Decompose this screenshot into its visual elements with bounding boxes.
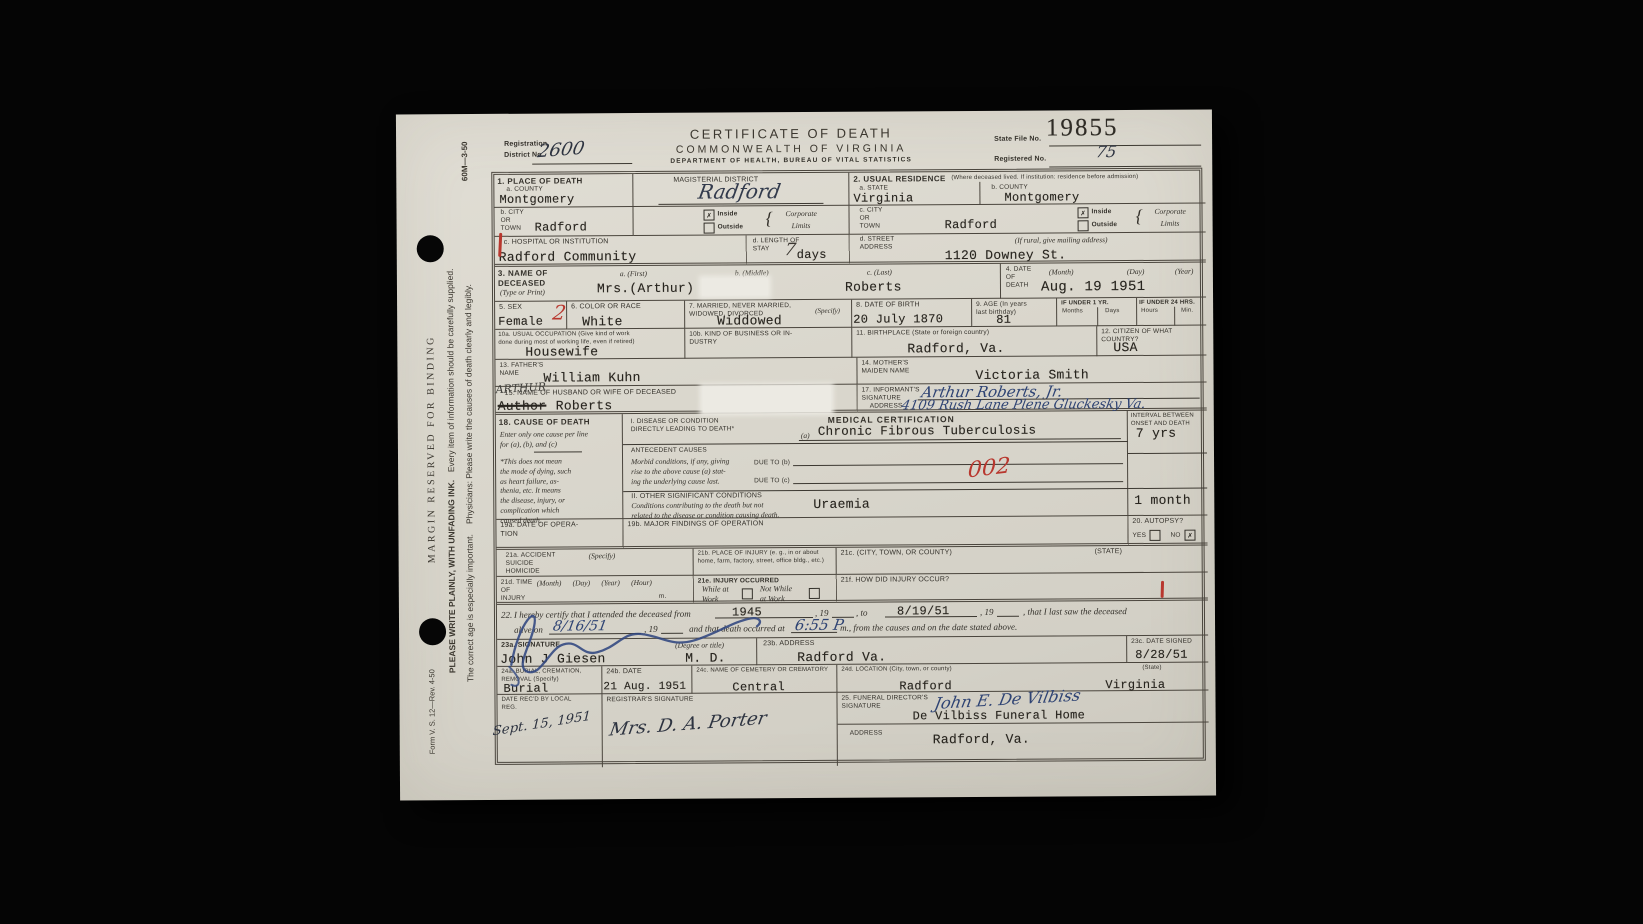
middle-name-label: b. (Middle) [735,268,769,278]
date-signed-value: 8/28/51 [1135,648,1188,662]
date-signed-label: 23c. DATE SIGNED [1131,638,1192,646]
certify-19-3: , 19 [644,624,658,636]
date-of-birth-value: 20 July 1870 [853,312,943,327]
med-subrow-divider-1 [623,441,1128,445]
field-9-age: 9. AGE (In years last birthday) 81 [972,298,1057,327]
field-24b-date: 24b. DATE 21 Aug. 1951 [602,666,692,695]
sex-label: 5. SEX [499,304,522,313]
punch-hole-top [417,235,444,262]
certify-19-2: , 19 [980,607,994,619]
field-1b-city: b. CITY OR TOWN Radford [494,207,633,237]
last-seen-underline [549,633,641,635]
field-1d-length-of-stay: d. LENGTH OF STAY 7 days [747,235,850,266]
color-race-label: 6. COLOR OR RACE [571,303,641,312]
residence-inside-label: Inside [1091,208,1111,216]
location-label: 24d. LOCATION (City, town, or county) [841,666,952,674]
spouse-struck-name: Author [498,399,547,414]
age-value: 81 [996,313,1011,327]
state-file-underline [1049,145,1201,147]
under-24hrs-label: IF UNDER 24 HRS. [1139,300,1195,308]
while-at-work-label: While at Work [702,584,729,605]
first-name-label: a. (First) [620,269,647,279]
field-18-cause-of-death: 18. CAUSE OF DEATH Enter only one cause … [496,414,624,520]
accident-label: 21a. ACCIDENT SUICIDE HOMICIDE [506,552,556,577]
accident-specify-note: (Specify) [589,551,616,561]
length-of-stay-unit: days [797,248,827,262]
due-to-b-underline [793,463,1123,466]
field-19b-findings: 19b. MAJOR FINDINGS OF OPERATION [623,516,1128,549]
hours-min-divider [1174,307,1175,326]
certify-text-6: m., from the causes and on the date stat… [840,622,1017,635]
physicians-notice: The correct age is especially important.… [462,206,475,760]
cause-a-value: Chronic Fibrous Tuberculosis [818,424,1037,439]
screenshot-root: { "margin": { "print_code": "60M—3-50", … [0,0,1643,924]
certify-text-3: , that I last saw the deceased [1023,606,1127,618]
certify-text-5: and that death occurred at [689,623,785,635]
time-of-injury-label: 21d. TIME OF INJURY [501,579,533,604]
physician-address-value: Radford Va. [797,650,886,666]
field-21e-injury-occurred: 21e. INJURY OCCURRED While at Work Not W… [694,575,837,604]
corporate-label: Corporate [785,209,816,219]
street-note: (If rural, give mailing address) [1015,235,1108,245]
red-tick-mark-injury [1161,581,1164,598]
cemetery-label: 24c. NAME OF CEMETERY OR CREMATORY [696,667,828,675]
field-medical-certification: MEDICAL CERTIFICATION I. DISEASE OR COND… [623,411,1129,519]
degree-label: (Degree or title) [675,641,724,651]
field-10b-business: 10b. KIND OF BUSINESS OR IN- DUSTRY [685,328,852,359]
other-significant-value: Uraemia [813,497,870,512]
correct-age-note: The correct age is especially important. [464,534,475,682]
magisterial-underline [658,203,823,205]
field-2d-street: d. STREET ADDRESS (If rural, give mailin… [850,233,1206,265]
redaction-patch [702,278,768,295]
med-subrow-divider-2 [623,488,1128,492]
type-or-print-note: (Type or Print) [500,288,545,298]
commonwealth-subtitle: COMMONWEALTH OF VIRGINIA [626,142,956,157]
field-6-color-race: 6. COLOR OR RACE White [567,301,685,330]
field-interval: INTERVAL BETWEEN ONSET AND DEATH 7 yrs 1… [1128,411,1208,516]
marital-value: Widdowed [717,313,782,328]
father-label: 13. FATHER'S NAME [499,362,543,379]
field-magisterial-district: MAGISTERIAL DISTRICT Radford [633,173,849,207]
physician-signature-label: 23a. SIGNATURE [501,642,560,651]
burial-date-value: 21 Aug. 1951 [603,681,686,694]
field-23c-date-signed: 23c. DATE SIGNED 8/28/51 [1127,636,1208,663]
binding-notice: MARGIN RESERVED FOR BINDING [425,319,438,579]
last-seen-alive-value: 8/16/51 [552,618,609,634]
field-8-date-of-birth: 8. DATE OF BIRTH 20 July 1870 [852,299,972,328]
mother-value: Victoria Smith [975,367,1089,383]
birthplace-label: 11. BIRTHPLACE (State or foreign country… [856,329,989,338]
field-4-date-of-death: 4. DATE OF DEATH (Month) (Day) (Year) Au… [1001,263,1206,299]
field-7-marital-status: 7. MARRIED, NEVER MARRIED, WIDOWED, DIVO… [685,300,852,329]
interval-divider-1 [1128,453,1207,454]
residence-outside-label: Outside [1092,221,1118,229]
residence-brace-glyph: { [1135,205,1142,228]
field-12-citizen: 12. CITIZEN OF WHAT COUNTRY? USA [1097,326,1206,357]
residence-outside-checkbox [1078,220,1089,231]
disease-condition-label: I. DISEASE OR CONDITION DIRECTLY LEADING… [631,417,735,434]
under-1yr-label: IF UNDER 1 YR. [1061,300,1109,308]
name-of-deceased-title: 3. NAME OF DECEASED [498,269,548,289]
street-label: d. STREET ADDRESS [860,235,895,251]
not-while-at-work-checkbox [809,588,820,599]
cause-note-divider [534,451,582,452]
day-label: (Day) [1127,267,1145,277]
color-race-value: White [582,314,623,329]
certify-19-3-line [661,633,683,634]
occupation-value: Housewife [525,344,598,359]
residence-corporate-label: Corporate [1154,207,1185,217]
certify-19-2-line [997,616,1019,617]
antecedent-causes-label: ANTECEDENT CAUSES [631,447,707,456]
city-label: b. CITY OR TOWN [500,209,524,234]
registrar-value: Mrs. D. A. Porter [608,708,769,741]
month-label: (Month) [1049,267,1074,277]
form-number: Form V. S. 12—Rev. 4-50 [427,659,437,764]
state-file-label: State File No. [994,136,1041,145]
usual-residence-note: (Where deceased lived. If institution: r… [951,174,1201,183]
field-15-spouse: 15. NAME OF HUSBAND OR WIFE OF DECEASED … [496,385,858,415]
state-file-number: 19855 [1046,114,1119,142]
redaction-patch-2 [703,386,831,413]
outside-checkbox [704,223,715,234]
field-21a-accident: 21a. ACCIDENT SUICIDE HOMICIDE (Specify) [497,549,694,577]
limits-label: Limits [792,221,811,231]
physician-signature-typed: John J Giesen [500,651,605,667]
months-label: Months [1062,308,1083,316]
min-label: Min. [1181,308,1193,316]
date-of-death-value: Aug. 19 1951 [1041,279,1146,296]
days-label: Days [1105,308,1120,316]
mother-label: 14. MOTHER'S MAIDEN NAME [861,359,909,376]
place-of-injury-label: 21b. PLACE OF INJURY (e. g., in or about… [698,550,825,566]
year-label: (Year) [1175,267,1194,277]
brace-glyph: { [765,207,772,230]
last-name-value: Roberts [845,279,902,294]
certificate-title: CERTIFICATE OF DEATH [626,125,956,143]
due-to-c-label: DUE TO (c) [754,477,790,485]
autopsy-no-label: NO [1170,532,1180,540]
certificate-form: 1. PLACE OF DEATH a. COUNTY Montgomery M… [491,168,1206,765]
birthplace-value: Radford, Va. [907,341,1004,357]
cause-note-1: Enter only one cause per line for (a), (… [500,429,588,449]
registrar-label: REGISTRAR'S SIGNATURE [606,696,693,705]
degree-value: M. D. [685,650,726,665]
field-9-under-24hrs: IF UNDER 24 HRS. Hours Min. [1137,298,1206,326]
last-name-label: c. (Last) [867,267,892,277]
residence-inside-checkbox-checked: ✗ [1077,207,1088,218]
punch-hole-bottom [419,618,446,645]
county-value: Montgomery [499,192,574,206]
autopsy-yes-checkbox [1149,530,1160,541]
field-20-autopsy: 20. AUTOPSY? YES NO ✗ [1128,516,1207,546]
state-county-divider [979,182,980,205]
father-value: William Kuhn [543,370,640,386]
field-10a-occupation: 10a. USUAL OCCUPATION (Give kind of work… [495,329,685,360]
date-operation-label: 19a. DATE OF OPERA- TION [500,521,578,539]
physician-address-label: 23b. ADDRESS [763,640,814,649]
residence-limits-label: Limits [1161,219,1180,229]
certify-number: 22. [501,610,512,622]
usual-residence-title: 2. USUAL RESIDENCE [853,174,945,185]
not-while-at-work-label: Not While at Work [760,584,792,605]
inside-label: Inside [718,210,738,218]
funeral-home-typed: De Vilbiss Funeral Home [913,708,1086,723]
how-injury-label: 21f. HOW DID INJURY OCCUR? [841,576,949,585]
first-name-value: Mrs.(Arthur) [597,281,694,297]
due-to-c-underline [793,481,1123,484]
date-received-label: DATE REC'D BY LOCAL REG. [501,696,571,711]
field-13-father: 13. FATHER'S NAME William Kuhn [495,358,857,387]
autopsy-yes-label: YES [1132,532,1146,540]
outside-label: Outside [718,223,744,231]
date-of-birth-label: 8. DATE OF BIRTH [856,301,920,310]
spouse-value: Roberts [556,398,613,413]
meridiem-label: m. [659,593,667,601]
field-1c-hospital: c. HOSPITAL OR INSTITUTION Radford Commu… [495,235,747,267]
registered-no-value: 75 [1095,142,1119,161]
physicians-note: Physicians: Please write the causes of d… [463,284,474,524]
field-17-informant: 17. INFORMANT'S SIGNATURE Arthur Roberts… [858,383,1207,413]
field-date-received: DATE REC'D BY LOCAL REG. Sept. 15, 1951 [497,694,602,768]
months-days-divider [1097,307,1098,326]
district-underline [532,163,632,165]
informant-address-label: ADDRESS [870,402,903,410]
street-value: 1120 Downey St. [945,247,1067,263]
district-no-value: 2600 [536,138,586,162]
findings-label: 19b. MAJOR FINDINGS OF OPERATION [627,520,763,530]
print-code: 60M—3-50 [460,126,469,196]
field-11-birthplace: 11. BIRTHPLACE (State or foreign country… [852,326,1097,357]
field-2ab-residence: 2. USUAL RESIDENCE (Where deceased lived… [849,171,1205,206]
field-23b-address: 23b. ADDRESS Radford Va. [757,636,1127,665]
magisterial-value: Radford [696,179,782,204]
field-25-funeral-director: 25. FUNERAL DIRECTOR'S SIGNATURE John E.… [837,691,1208,725]
death-certificate-scan: 60M—3-50 MARGIN RESERVED FOR BINDING For… [396,110,1216,801]
field-1a-county: 1. PLACE OF DEATH a. COUNTY Montgomery [494,174,633,208]
hours-label: Hours [1141,308,1158,316]
residence-city-value: Radford [945,218,998,232]
residence-state-value: Virginia [853,191,913,205]
city-value: Radford [535,220,588,234]
field-22-certify-statement: 22. I hereby certify that I attended the… [497,601,1208,640]
funeral-address-label: ADDRESS [850,730,883,738]
field-24a-burial: 24a. BURIAL, CREMATION, REMOVAL (Specify… [497,666,602,695]
due-to-b-label: DUE TO (b) [754,459,790,467]
citizen-value: USA [1113,340,1137,355]
field-21b-place-of-injury: 21b. PLACE OF INJURY (e. g., in or about… [694,548,837,576]
hospital-value: Radford Community [499,249,637,265]
injury-state-label: (STATE) [1095,548,1123,557]
sex-value: Female [498,315,543,329]
field-23a-signature: 23a. SIGNATURE John J Giesen (Degree or … [497,638,757,667]
field-24c-cemetery: 24c. NAME OF CEMETERY OR CREMATORY Centr… [692,665,837,694]
write-plainly-bold: PLEASE WRITE PLAINLY, WITH UNFADING INK. [446,480,457,673]
interval-divider-2 [1128,488,1207,489]
business-label: 10b. KIND OF BUSINESS OR IN- DUSTRY [689,330,792,347]
cause-note-2: *This does not mean the mode of dying, s… [500,456,571,525]
field-registrar-signature: REGISTRAR'S SIGNATURE Mrs. D. A. Porter [602,693,837,767]
morbid-conditions-note: Morbid conditions, if any, giving rise t… [631,456,730,486]
autopsy-no-checkbox-checked: ✗ [1184,530,1195,541]
marital-specify-note: (Specify) [815,307,840,316]
field-3-name-of-deceased: 3. NAME OF DECEASED (Type or Print) a. (… [495,264,1001,302]
cause-of-death-title: 18. CAUSE OF DEATH [499,417,590,428]
hospital-label: c. HOSPITAL OR INSTITUTION [504,238,609,247]
location-state-label: (State) [1142,665,1161,673]
field-2c-city: c. CITY OR TOWN Radford ✗ Inside Outside… [849,204,1205,235]
certify-text-4: alive on [514,625,543,637]
funeral-address-value: Radford, Va. [933,732,1030,748]
field-1b-corporate-limits: ✗ Inside Outside { Corporate Limits [633,206,849,236]
field-21c-city-county: 21c. (CITY, TOWN, OR COUNTY) (STATE) [837,546,1208,575]
injury-city-label: 21c. (CITY, TOWN, OR COUNTY) [841,549,952,558]
interval-a-value: 7 yrs [1136,426,1177,441]
date-received-value: Sept. 15, 1951 [492,709,591,739]
time-of-injury-columns: (Month) (Day) (Year) (Hour) [537,578,652,588]
field-19a-date-operation: 19a. DATE OF OPERA- TION [496,519,623,550]
inside-checkbox-checked: ✗ [703,210,714,221]
interval-ii-value: 1 month [1134,493,1191,508]
write-plainly-notice: PLEASE WRITE PLAINLY, WITH UNFADING INK.… [444,182,458,760]
date-of-death-label: 4. DATE OF DEATH [1006,266,1032,291]
field-21f-how-injury: 21f. HOW DID INJURY OCCUR? [837,573,1208,603]
certify-text-2: , to [856,608,868,620]
red-handwritten-002: 002 [967,453,1011,483]
field-funeral-address: ADDRESS Radford, Va. [838,723,1209,766]
department-line: DEPARTMENT OF HEALTH, BUREAU OF VITAL ST… [626,156,956,166]
field-9-under-1yr: IF UNDER 1 YR. Months Days [1057,298,1137,326]
residence-county-value: Montgomery [1004,190,1079,204]
residence-city-label: c. CITY OR TOWN [859,207,882,232]
registered-no-label: Registered No. [994,156,1046,165]
field-14-mother: 14. MOTHER'S MAIDEN NAME Victoria Smith [857,356,1206,385]
field-21d-time-of-injury: 21d. TIME OF INJURY (Month) (Day) (Year)… [497,576,694,605]
write-plainly-rest: Every item of information should be care… [445,269,456,473]
autopsy-label: 20. AUTOPSY? [1132,518,1183,527]
while-at-work-checkbox [742,588,753,599]
burial-date-label: 24b. DATE [606,668,642,677]
length-of-stay-number: 7 [783,240,797,260]
